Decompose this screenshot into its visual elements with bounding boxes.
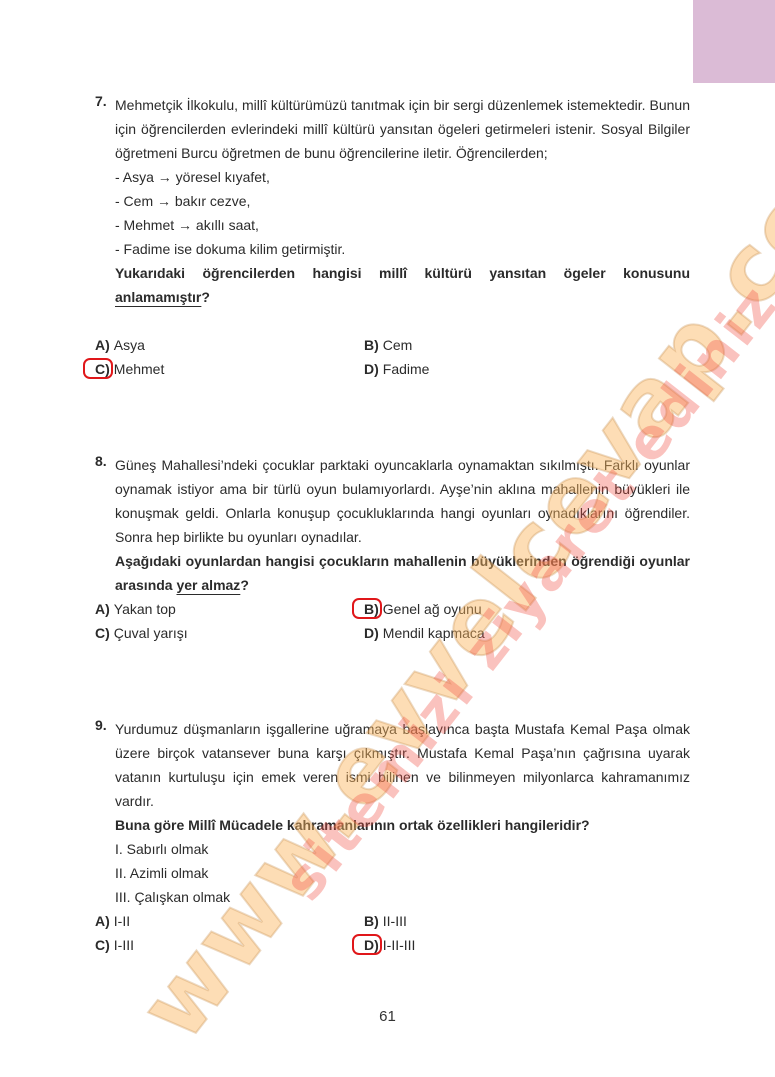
prompt-emphasis: anlamamıştır xyxy=(115,289,201,305)
option-text: I-III xyxy=(114,937,134,953)
option-letter: B) xyxy=(364,913,379,929)
prompt-emphasis: yer almaz xyxy=(176,577,240,593)
list-item: - Cem → bakır cezve, xyxy=(115,189,690,213)
option-a[interactable]: A)I-II xyxy=(95,909,130,933)
option-letter: A) xyxy=(95,337,110,353)
question-8: 8. Güneş Mahallesi’ndeki çocuklar parkta… xyxy=(95,453,690,597)
list-item: - Asya → yöresel kıyafet, xyxy=(115,165,690,189)
question-7: 7. Mehmetçik İlkokulu, millî kültürümüzü… xyxy=(95,93,690,309)
option-c[interactable]: C)I-III xyxy=(95,933,134,957)
option-letter: C) xyxy=(95,937,110,953)
chapter-color-tab xyxy=(693,0,775,83)
option-text: Cem xyxy=(383,337,413,353)
option-text: I-II-III xyxy=(383,937,416,953)
option-letter: D) xyxy=(364,361,379,377)
list-item: - Fadime ise dokuma kilim getirmiştir. xyxy=(115,237,690,261)
question-paragraph: Yurdumuz düşmanların işgallerine uğramay… xyxy=(115,717,690,813)
option-letter: A) xyxy=(95,601,110,617)
option-text: Mendil kapmaca xyxy=(383,625,485,641)
question-paragraph: Güneş Mahallesi’ndeki çocuklar parktaki … xyxy=(115,453,690,549)
prompt-end: ? xyxy=(201,289,210,305)
option-text: Fadime xyxy=(383,361,430,377)
option-text: II-III xyxy=(383,913,407,929)
option-b[interactable]: B)II-III xyxy=(364,909,407,933)
option-letter: C) xyxy=(95,625,110,641)
list-item: - Mehmet → akıllı saat, xyxy=(115,213,690,237)
option-b[interactable]: B)Cem xyxy=(364,333,412,357)
question-prompt: Aşağıdaki oyunlardan hangisi çocukların … xyxy=(115,549,690,597)
option-text: Asya xyxy=(114,337,145,353)
statement-item: II. Azimli olmak xyxy=(115,861,690,885)
option-a[interactable]: A)Asya xyxy=(95,333,145,357)
option-text: Yakan top xyxy=(114,601,176,617)
question-9: 9. Yurdumuz düşmanların işgallerine uğra… xyxy=(95,717,690,909)
option-c[interactable]: C)Çuval yarışı xyxy=(95,621,188,645)
question-number: 8. xyxy=(95,453,107,469)
question-prompt: Yukarıdaki öğrencilerden hangisi millî k… xyxy=(115,261,690,309)
option-text: I-II xyxy=(114,913,130,929)
option-text: Çuval yarışı xyxy=(114,625,188,641)
answer-mark-circle xyxy=(352,598,382,619)
question-number: 9. xyxy=(95,717,107,733)
option-text: Genel ağ oyunu xyxy=(383,601,482,617)
option-d[interactable]: D)Fadime xyxy=(364,357,429,381)
prompt-text: Yukarıdaki öğrencilerden hangisi millî k… xyxy=(115,265,690,281)
option-letter: B) xyxy=(364,337,379,353)
option-d[interactable]: D)Mendil kapmaca xyxy=(364,621,485,645)
statement-item: III. Çalışkan olmak xyxy=(115,885,690,909)
statement-item: I. Sabırlı olmak xyxy=(115,837,690,861)
page-number: 61 xyxy=(0,1008,775,1025)
question-paragraph: Mehmetçik İlkokulu, millî kültürümüzü ta… xyxy=(115,93,690,165)
question-number: 7. xyxy=(95,93,107,109)
question-prompt: Buna göre Millî Mücadele kahramanlarının… xyxy=(115,813,690,837)
option-text: Mehmet xyxy=(114,361,165,377)
option-letter: A) xyxy=(95,913,110,929)
option-a[interactable]: A)Yakan top xyxy=(95,597,176,621)
answer-mark-circle xyxy=(83,358,113,379)
option-letter: D) xyxy=(364,625,379,641)
answer-mark-circle xyxy=(352,934,382,955)
prompt-end: ? xyxy=(240,577,249,593)
